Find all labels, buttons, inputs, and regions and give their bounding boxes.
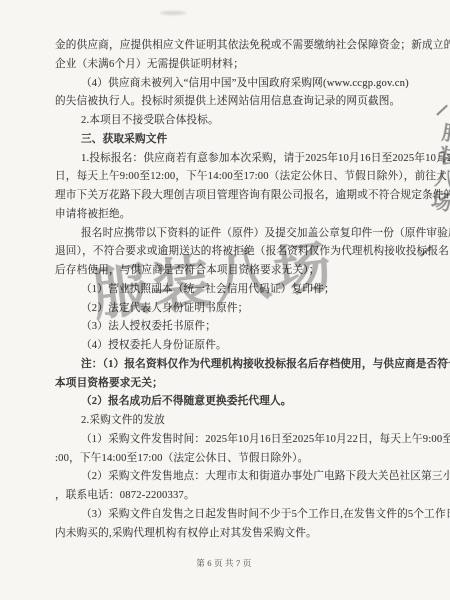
document-line: 本项目资格要求无关； bbox=[55, 375, 423, 394]
document-line: （1）采购文件发售时间：2025年10月16日至2025年10月22日，每天上午… bbox=[55, 431, 423, 450]
document-line: 报名时应携带以下资料的证件（原件）及提交加盖公章复印件一份（原件审验后 bbox=[55, 225, 423, 244]
document-line: （4）供应商未被列入“信用中国”及中国政府采购网(www.ccgp.gov.cn… bbox=[55, 75, 423, 94]
page-number: 第6页共7页 bbox=[0, 557, 450, 569]
document-line: 1.投标报名：供应商若有意参加本次采购，请于2025年10月16日至2025年1… bbox=[55, 150, 423, 169]
document-line: 注：（1）报名资料仅作为代理机构接收投标报名后存档使用，与供应商是否符合 bbox=[55, 356, 423, 375]
document-line: （3）采购文件自发售之日起发售时间不少于5个工作日,在发售文件的5个工作日 bbox=[55, 506, 423, 525]
document-line: 金的供应商，应提供相应文件证明其依法免税或不需要缴纳社会保障资金；新成立的 bbox=[55, 37, 423, 56]
document-line: 的失信被执行人。投标时须提供上述网站信用信息查询记录的网页截图。 bbox=[55, 93, 423, 112]
document-body: 金的供应商，应提供相应文件证明其依法免税或不需要缴纳社会保障资金；新成立的企业（… bbox=[55, 37, 423, 543]
document-line: （2）报名成功后不得随意更换委托代理人。 bbox=[55, 393, 423, 412]
document-line: 内未购买的,采购代理机构有权停止对其发售采购文件。 bbox=[55, 525, 423, 544]
document-line: 三、获取采购文件 bbox=[55, 131, 423, 150]
document-line: 申请将被拒绝。 bbox=[55, 206, 423, 225]
document-line: （2）法定代表人身份证明书原件； bbox=[55, 300, 423, 319]
document-line: 退回），不符合要求或逾期送达的将被拒绝（报名资料仅作为代理机构接收投标报名 bbox=[55, 243, 423, 262]
document-line: （1）营业执照副本（统一社会信用代码证）复印件； bbox=[55, 281, 423, 300]
document-line: （3）法人授权委托书原件； bbox=[55, 318, 423, 337]
scan-smudge bbox=[160, 11, 186, 15]
document-line: ，联系电话：0872-2200337。 bbox=[55, 487, 423, 506]
document-line: 2.本项目不接受联合体投标。 bbox=[55, 112, 423, 131]
document-line: 2.采购文件的发放 bbox=[55, 412, 423, 431]
document-line: （4）授权委托人身份证原件。 bbox=[55, 337, 423, 356]
document-line: （2）采购文件发售地点：大理市太和街道办事处广电路下段大关邑社区第三小组 bbox=[55, 468, 423, 487]
document-line: 日，每天上午9:00至12:00，下午14:00至17:00（法定公休日、节假日… bbox=[55, 168, 423, 187]
document-line: 企业（未满6个月）无需提供证明材料； bbox=[55, 56, 423, 75]
document-page: 金的供应商，应提供相应文件证明其依法免税或不需要缴纳社会保障资金；新成立的企业（… bbox=[0, 0, 450, 600]
document-line: 后存档使用，与供应商是否符合本项目资格要求无关）； bbox=[55, 262, 423, 281]
document-line: 理市下关万花路下段大理创吉项目管理咨询有限公司报名，逾期或不符合规定条件的 bbox=[55, 187, 423, 206]
document-line: :00，下午14:00至17:00（法定公休日、节假日除外）。 bbox=[55, 450, 423, 469]
